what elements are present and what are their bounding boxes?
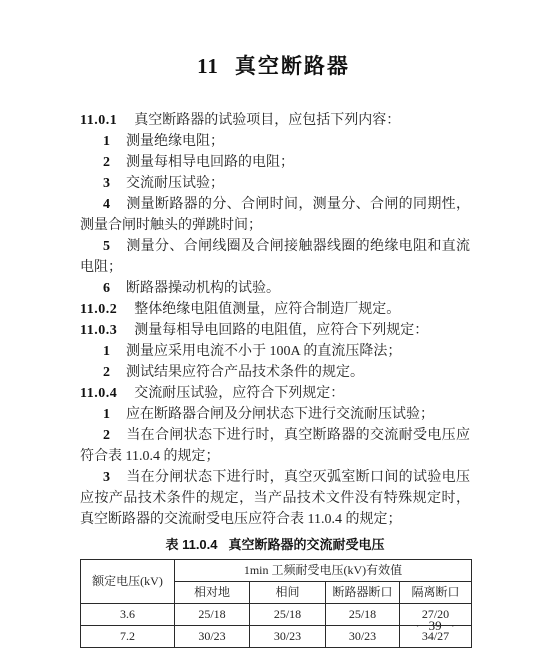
clause-11-0-3: 11.0.3测量每相导电回路的电阻值，应符合下列规定： [80, 320, 470, 341]
clause-number: 11.0.2 [80, 302, 117, 317]
item-number: 5 [103, 239, 110, 254]
clause-11-0-1: 11.0.1真空断路器的试验项目，应包括下列内容： [80, 110, 470, 131]
chapter-title-text: 真空断路器 [235, 54, 350, 78]
chapter-number: 11 [197, 54, 219, 78]
col-header-group: 1min 工频耐受电压(kV)有效值 [175, 560, 472, 582]
list-item: 2当在合闸状态下进行时，真空断路器的交流耐受电压应符合表 11.0.4 的规定； [80, 425, 470, 467]
cell-value: 30/23 [250, 626, 326, 648]
clause-number: 11.0.3 [80, 323, 117, 338]
document-body: 11.0.1真空断路器的试验项目，应包括下列内容： 1测量绝缘电阻； 2测量每相… [80, 110, 470, 648]
list-item: 3交流耐压试验； [80, 173, 470, 194]
list-item: 1测量绝缘电阻； [80, 131, 470, 152]
list-item: 2测量每相导电回路的电阻； [80, 152, 470, 173]
list-item: 5测量分、合闸线圈及合闸接触器线圈的绝缘电阻和直流电阻； [80, 236, 470, 278]
table-row: 3.6 25/18 25/18 25/18 27/20 [81, 604, 472, 626]
item-text: 测量绝缘电阻； [126, 134, 224, 149]
list-item: 3当在分闸状态下进行时，真空灭弧室断口间的试验电压应按产品技术条件的规定，当产品… [80, 467, 470, 530]
item-text: 交流耐压试验； [126, 176, 224, 191]
item-number: 1 [103, 344, 110, 359]
cell-rated-voltage: 3.6 [81, 604, 175, 626]
list-item: 2测试结果应符合产品技术条件的规定。 [80, 362, 470, 383]
item-text: 当在分闸状态下进行时，真空灭弧室断口间的试验电压应按产品技术条件的规定，当产品技… [80, 470, 470, 527]
item-number: 1 [103, 134, 110, 149]
footer-dot: · [415, 618, 419, 634]
col-header-isolating-gap: 隔离断口 [400, 582, 472, 604]
page-footer: ·39· [415, 618, 455, 634]
page-title: 11真空断路器 [0, 50, 547, 80]
clause-number: 11.0.4 [80, 386, 117, 401]
cell-value: 25/18 [326, 604, 400, 626]
cell-value: 25/18 [250, 604, 326, 626]
cell-value: 30/23 [326, 626, 400, 648]
withstand-voltage-table: 额定电压(kV) 1min 工频耐受电压(kV)有效值 相对地 相间 断路器断口… [80, 559, 472, 648]
item-text: 测量每相导电回路的电阻； [126, 155, 294, 170]
item-text: 测试结果应符合产品技术条件的规定。 [126, 365, 364, 380]
clause-text: 交流耐压试验，应符合下列规定： [134, 386, 344, 401]
item-text: 测量应采用电流不小于 100A 的直流压降法； [126, 344, 401, 359]
clause-11-0-2: 11.0.2整体绝缘电阻值测量，应符合制造厂规定。 [80, 299, 470, 320]
item-text: 测量断路器的分、合闸时间，测量分、合闸的同期性，测量合闸时触头的弹跳时间； [80, 197, 470, 233]
table-row: 7.2 30/23 30/23 30/23 34/27 [81, 626, 472, 648]
cell-value: 30/23 [175, 626, 250, 648]
clause-number: 11.0.1 [80, 113, 117, 128]
clause-11-0-4: 11.0.4交流耐压试验，应符合下列规定： [80, 383, 470, 404]
item-number: 2 [103, 428, 110, 443]
item-number: 6 [103, 281, 110, 296]
item-number: 1 [103, 407, 110, 422]
col-header-phase-to-phase: 相间 [250, 582, 326, 604]
item-text: 断路器操动机构的试验。 [126, 281, 280, 296]
table-caption: 表 11.0.4真空断路器的交流耐受电压 [80, 535, 470, 554]
item-text: 应在断路器合闸及分闸状态下进行交流耐压试验； [126, 407, 434, 422]
footer-dot: · [451, 618, 455, 634]
item-text: 测量分、合闸线圈及合闸接触器线圈的绝缘电阻和直流电阻； [80, 239, 470, 275]
list-item: 6断路器操动机构的试验。 [80, 278, 470, 299]
item-number: 3 [103, 470, 110, 485]
cell-value: 25/18 [175, 604, 250, 626]
table-caption-title: 真空断路器的交流耐受电压 [229, 537, 385, 552]
col-header-rated-voltage: 额定电压(kV) [81, 560, 175, 604]
clause-text: 测量每相导电回路的电阻值，应符合下列规定： [134, 323, 428, 338]
item-number: 3 [103, 176, 110, 191]
list-item: 1应在断路器合闸及分闸状态下进行交流耐压试验； [80, 404, 470, 425]
cell-rated-voltage: 7.2 [81, 626, 175, 648]
item-number: 2 [103, 155, 110, 170]
list-item: 4测量断路器的分、合闸时间，测量分、合闸的同期性，测量合闸时触头的弹跳时间； [80, 194, 470, 236]
item-number: 2 [103, 365, 110, 380]
list-item: 1测量应采用电流不小于 100A 的直流压降法； [80, 341, 470, 362]
col-header-phase-to-earth: 相对地 [175, 582, 250, 604]
item-number: 4 [103, 197, 110, 212]
clause-text: 真空断路器的试验项目，应包括下列内容： [134, 113, 400, 128]
page-number: 39 [429, 618, 442, 634]
col-header-breaker-gap: 断路器断口 [326, 582, 400, 604]
item-text: 当在合闸状态下进行时，真空断路器的交流耐受电压应符合表 11.0.4 的规定； [80, 428, 470, 464]
clause-text: 整体绝缘电阻值测量，应符合制造厂规定。 [134, 302, 400, 317]
table-caption-label: 表 11.0.4 [165, 537, 217, 552]
